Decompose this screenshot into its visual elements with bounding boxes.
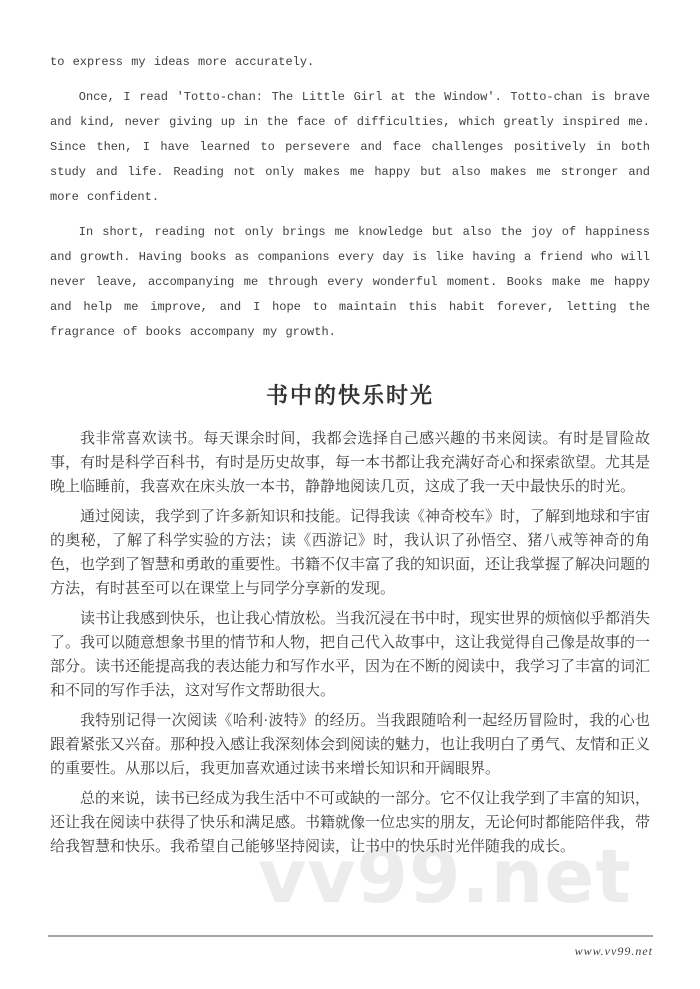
english-paragraph-1: to express my ideas more accurately. <box>50 50 650 75</box>
english-paragraph-2: Once, I read 'Totto-chan: The Little Gir… <box>50 85 650 210</box>
document-content: to express my ideas more accurately. Onc… <box>50 50 650 865</box>
footer-divider: www.vv99.net <box>48 935 653 960</box>
chinese-paragraph-3: 读书让我感到快乐，也让我心情放松。当我沉浸在书中时，现实世界的烦恼似乎都消失了。… <box>50 607 650 703</box>
footer-url: www.vv99.net <box>575 944 653 958</box>
essay-title: 书中的快乐时光 <box>50 381 650 411</box>
document-page: vv99.net to express my ideas more accura… <box>0 0 700 989</box>
english-paragraph-3: In short, reading not only brings me kno… <box>50 220 650 345</box>
chinese-paragraph-5: 总的来说，读书已经成为我生活中不可或缺的一部分。它不仅让我学到了丰富的知识，还让… <box>50 787 650 859</box>
chinese-paragraph-1: 我非常喜欢读书。每天课余时间，我都会选择自己感兴趣的书来阅读。有时是冒险故事，有… <box>50 427 650 499</box>
chinese-paragraph-2: 通过阅读，我学到了许多新知识和技能。记得我读《神奇校车》时，了解到地球和宇宙的奥… <box>50 505 650 601</box>
chinese-paragraph-4: 我特别记得一次阅读《哈利·波特》的经历。当我跟随哈利一起经历冒险时，我的心也跟着… <box>50 709 650 781</box>
